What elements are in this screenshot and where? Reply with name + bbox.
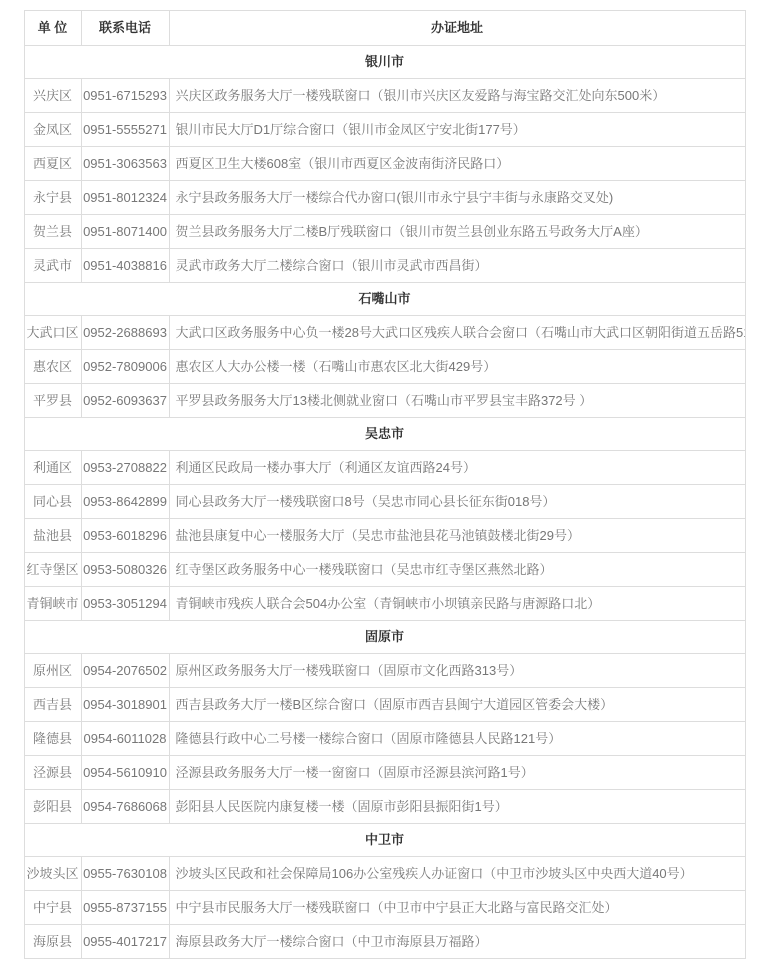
phone-cell: 0955-7630108 [81,857,169,891]
unit-cell: 利通区 [24,451,81,485]
phone-cell: 0952-6093637 [81,384,169,418]
phone-cell: 0954-3018901 [81,688,169,722]
table-row: 惠农区0952-7809006惠农区人大办公楼一楼（石嘴山市惠农区北大街429号… [24,350,745,384]
address-cell: 西吉县政务大厅一楼B区综合窗口（固原市西吉县闽宁大道园区管委会大楼） [169,688,745,722]
table-row: 海原县0955-4017217海原县政务大厅一楼综合窗口（中卫市海原县万福路） [24,925,745,959]
phone-cell: 0954-5610910 [81,756,169,790]
phone-cell: 0955-8737155 [81,891,169,925]
contact-address-table: 单 位 联系电话 办证地址 银川市兴庆区0951-6715293兴庆区政务服务大… [24,10,746,959]
table-row: 兴庆区0951-6715293兴庆区政务服务大厅一楼残联窗口（银川市兴庆区友爱路… [24,79,745,113]
table-row: 泾源县0954-5610910泾源县政务服务大厅一楼一窗窗口（固原市泾源县滨河路… [24,756,745,790]
table-row: 利通区0953-2708822利通区民政局一楼办事大厅（利通区友谊西路24号） [24,451,745,485]
address-cell: 兴庆区政务服务大厅一楼残联窗口（银川市兴庆区友爱路与海宝路交汇处向东500米） [169,79,745,113]
table-row: 中宁县0955-8737155中宁县市民服务大厅一楼残联窗口（中卫市中宁县正大北… [24,891,745,925]
unit-cell: 彭阳县 [24,790,81,824]
city-group-row: 中卫市 [24,824,745,857]
phone-cell: 0951-5555271 [81,113,169,147]
column-header-address: 办证地址 [169,11,745,46]
phone-cell: 0951-8071400 [81,215,169,249]
unit-cell: 贺兰县 [24,215,81,249]
address-cell: 西夏区卫生大楼608室（银川市西夏区金波南街济民路口） [169,147,745,181]
phone-cell: 0951-3063563 [81,147,169,181]
table-row: 原州区0954-2076502原州区政务服务大厅一楼残联窗口（固原市文化西路31… [24,654,745,688]
unit-cell: 泾源县 [24,756,81,790]
unit-cell: 平罗县 [24,384,81,418]
address-cell: 彭阳县人民医院内康复楼一楼（固原市彭阳县振阳街1号） [169,790,745,824]
unit-cell: 红寺堡区 [24,553,81,587]
unit-cell: 西夏区 [24,147,81,181]
address-cell: 灵武市政务大厅二楼综合窗口（银川市灵武市西昌街） [169,249,745,283]
table-row: 青铜峡市0953-3051294青铜峡市残疾人联合会504办公室（青铜峡市小坝镇… [24,587,745,621]
phone-cell: 0952-2688693 [81,316,169,350]
phone-cell: 0954-7686068 [81,790,169,824]
city-group-row: 固原市 [24,621,745,654]
phone-cell: 0953-2708822 [81,451,169,485]
address-cell: 贺兰县政务服务大厅二楼B厅残联窗口（银川市贺兰县创业东路五号政务大厅A座） [169,215,745,249]
table-row: 红寺堡区0953-5080326红寺堡区政务服务中心一楼残联窗口（吴忠市红寺堡区… [24,553,745,587]
address-cell: 永宁县政务服务大厅一楼综合代办窗口(银川市永宁县宁丰街与永康路交叉处) [169,181,745,215]
phone-cell: 0955-4017217 [81,925,169,959]
address-cell: 红寺堡区政务服务中心一楼残联窗口（吴忠市红寺堡区燕然北路） [169,553,745,587]
phone-cell: 0951-4038816 [81,249,169,283]
table-row: 西吉县0954-3018901西吉县政务大厅一楼B区综合窗口（固原市西吉县闽宁大… [24,688,745,722]
unit-cell: 金凤区 [24,113,81,147]
address-cell: 隆德县行政中心二号楼一楼综合窗口（固原市隆德县人民路121号） [169,722,745,756]
table-row: 大武口区0952-2688693大武口区政务服务中心负一楼28号大武口区残疾人联… [24,316,745,350]
table-row: 金凤区0951-5555271银川市民大厅D1厅综合窗口（银川市金凤区宁安北街1… [24,113,745,147]
unit-cell: 盐池县 [24,519,81,553]
city-group-header: 吴忠市 [24,418,745,451]
unit-cell: 中宁县 [24,891,81,925]
address-cell: 中宁县市民服务大厅一楼残联窗口（中卫市中宁县正大北路与富民路交汇处） [169,891,745,925]
unit-cell: 同心县 [24,485,81,519]
city-group-row: 吴忠市 [24,418,745,451]
table-body: 银川市兴庆区0951-6715293兴庆区政务服务大厅一楼残联窗口（银川市兴庆区… [24,46,745,959]
city-group-row: 石嘴山市 [24,283,745,316]
address-cell: 海原县政务大厅一楼综合窗口（中卫市海原县万福路） [169,925,745,959]
unit-cell: 兴庆区 [24,79,81,113]
column-header-phone: 联系电话 [81,11,169,46]
table-header: 单 位 联系电话 办证地址 [24,11,745,46]
unit-cell: 大武口区 [24,316,81,350]
unit-cell: 原州区 [24,654,81,688]
address-cell: 利通区民政局一楼办事大厅（利通区友谊西路24号） [169,451,745,485]
address-cell: 大武口区政务服务中心负一楼28号大武口区残疾人联合会窗口（石嘴山市大武口区朝阳街… [169,316,745,350]
unit-cell: 海原县 [24,925,81,959]
city-group-header: 石嘴山市 [24,283,745,316]
table-row: 隆德县0954-6011028隆德县行政中心二号楼一楼综合窗口（固原市隆德县人民… [24,722,745,756]
table-row: 彭阳县0954-7686068彭阳县人民医院内康复楼一楼（固原市彭阳县振阳街1号… [24,790,745,824]
phone-cell: 0954-6011028 [81,722,169,756]
header-row: 单 位 联系电话 办证地址 [24,11,745,46]
unit-cell: 沙坡头区 [24,857,81,891]
unit-cell: 青铜峡市 [24,587,81,621]
address-cell: 盐池县康复中心一楼服务大厅（吴忠市盐池县花马池镇鼓楼北街29号） [169,519,745,553]
unit-cell: 灵武市 [24,249,81,283]
table-row: 永宁县0951-8012324永宁县政务服务大厅一楼综合代办窗口(银川市永宁县宁… [24,181,745,215]
phone-cell: 0953-3051294 [81,587,169,621]
unit-cell: 西吉县 [24,688,81,722]
address-cell: 惠农区人大办公楼一楼（石嘴山市惠农区北大街429号） [169,350,745,384]
city-group-header: 银川市 [24,46,745,79]
table-row: 灵武市0951-4038816灵武市政务大厅二楼综合窗口（银川市灵武市西昌街） [24,249,745,283]
address-cell: 青铜峡市残疾人联合会504办公室（青铜峡市小坝镇亲民路与唐源路口北） [169,587,745,621]
phone-cell: 0951-8012324 [81,181,169,215]
phone-cell: 0952-7809006 [81,350,169,384]
table-row: 西夏区0951-3063563西夏区卫生大楼608室（银川市西夏区金波南街济民路… [24,147,745,181]
phone-cell: 0953-5080326 [81,553,169,587]
table-row: 贺兰县0951-8071400贺兰县政务服务大厅二楼B厅残联窗口（银川市贺兰县创… [24,215,745,249]
unit-cell: 隆德县 [24,722,81,756]
city-group-row: 银川市 [24,46,745,79]
unit-cell: 惠农区 [24,350,81,384]
phone-cell: 0951-6715293 [81,79,169,113]
city-group-header: 固原市 [24,621,745,654]
address-cell: 沙坡头区民政和社会保障局106办公室残疾人办证窗口（中卫市沙坡头区中央西大道40… [169,857,745,891]
column-header-unit: 单 位 [24,11,81,46]
phone-cell: 0954-2076502 [81,654,169,688]
table-row: 沙坡头区0955-7630108沙坡头区民政和社会保障局106办公室残疾人办证窗… [24,857,745,891]
city-group-header: 中卫市 [24,824,745,857]
address-cell: 泾源县政务服务大厅一楼一窗窗口（固原市泾源县滨河路1号） [169,756,745,790]
unit-cell: 永宁县 [24,181,81,215]
phone-cell: 0953-8642899 [81,485,169,519]
address-cell: 原州区政务服务大厅一楼残联窗口（固原市文化西路313号） [169,654,745,688]
address-cell: 同心县政务大厅一楼残联窗口8号（吴忠市同心县长征东街018号） [169,485,745,519]
table-row: 平罗县0952-6093637平罗县政务服务大厅13楼北侧就业窗口（石嘴山市平罗… [24,384,745,418]
phone-cell: 0953-6018296 [81,519,169,553]
address-cell: 银川市民大厅D1厅综合窗口（银川市金凤区宁安北街177号） [169,113,745,147]
address-cell: 平罗县政务服务大厅13楼北侧就业窗口（石嘴山市平罗县宝丰路372号 ） [169,384,745,418]
table-row: 同心县0953-8642899同心县政务大厅一楼残联窗口8号（吴忠市同心县长征东… [24,485,745,519]
table-row: 盐池县0953-6018296盐池县康复中心一楼服务大厅（吴忠市盐池县花马池镇鼓… [24,519,745,553]
